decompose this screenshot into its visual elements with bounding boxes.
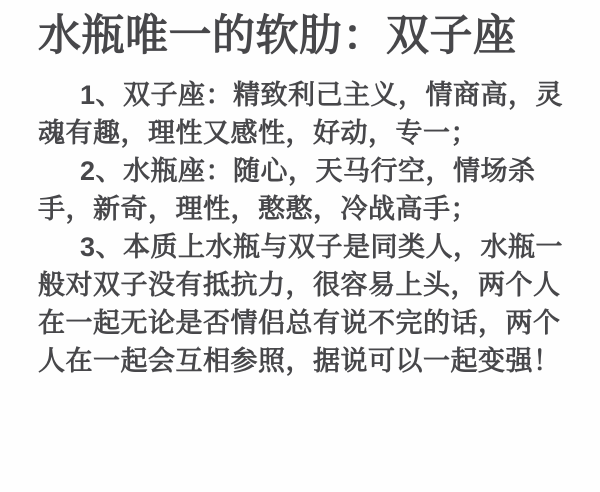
text-line: 在一起无论是否情侣总有说不完的话，两个 — [38, 304, 570, 342]
text-line: 人在一起会互相参照，据说可以一起变强！ — [38, 342, 570, 380]
text-line: 手，新奇，理性，憨憨，冷战高手； — [38, 190, 570, 228]
paragraph-aquarius: 2、水瓶座：随心，天马行空，情场杀 手，新奇，理性，憨憨，冷战高手； — [38, 152, 570, 228]
paragraph-compatibility: 3、本质上水瓶与双子是同类人，水瓶一 般对双子没有抵抗力，很容易上头，两个人 在… — [38, 228, 570, 380]
page-title: 水瓶唯一的软肋：双子座 — [38, 8, 570, 64]
text-line: 3、本质上水瓶与双子是同类人，水瓶一 — [38, 228, 570, 266]
text-line: 2、水瓶座：随心，天马行空，情场杀 — [38, 152, 570, 190]
text-line: 魂有趣，理性又感性，好动，专一； — [38, 114, 570, 152]
text-card: 水瓶唯一的软肋：双子座 1、双子座：精致利己主义，情商高，灵 魂有趣，理性又感性… — [0, 0, 600, 492]
text-line: 1、双子座：精致利己主义，情商高，灵 — [38, 76, 570, 114]
text-line: 般对双子没有抵抗力，很容易上头，两个人 — [38, 266, 570, 304]
paragraph-gemini: 1、双子座：精致利己主义，情商高，灵 魂有趣，理性又感性，好动，专一； — [38, 76, 570, 152]
